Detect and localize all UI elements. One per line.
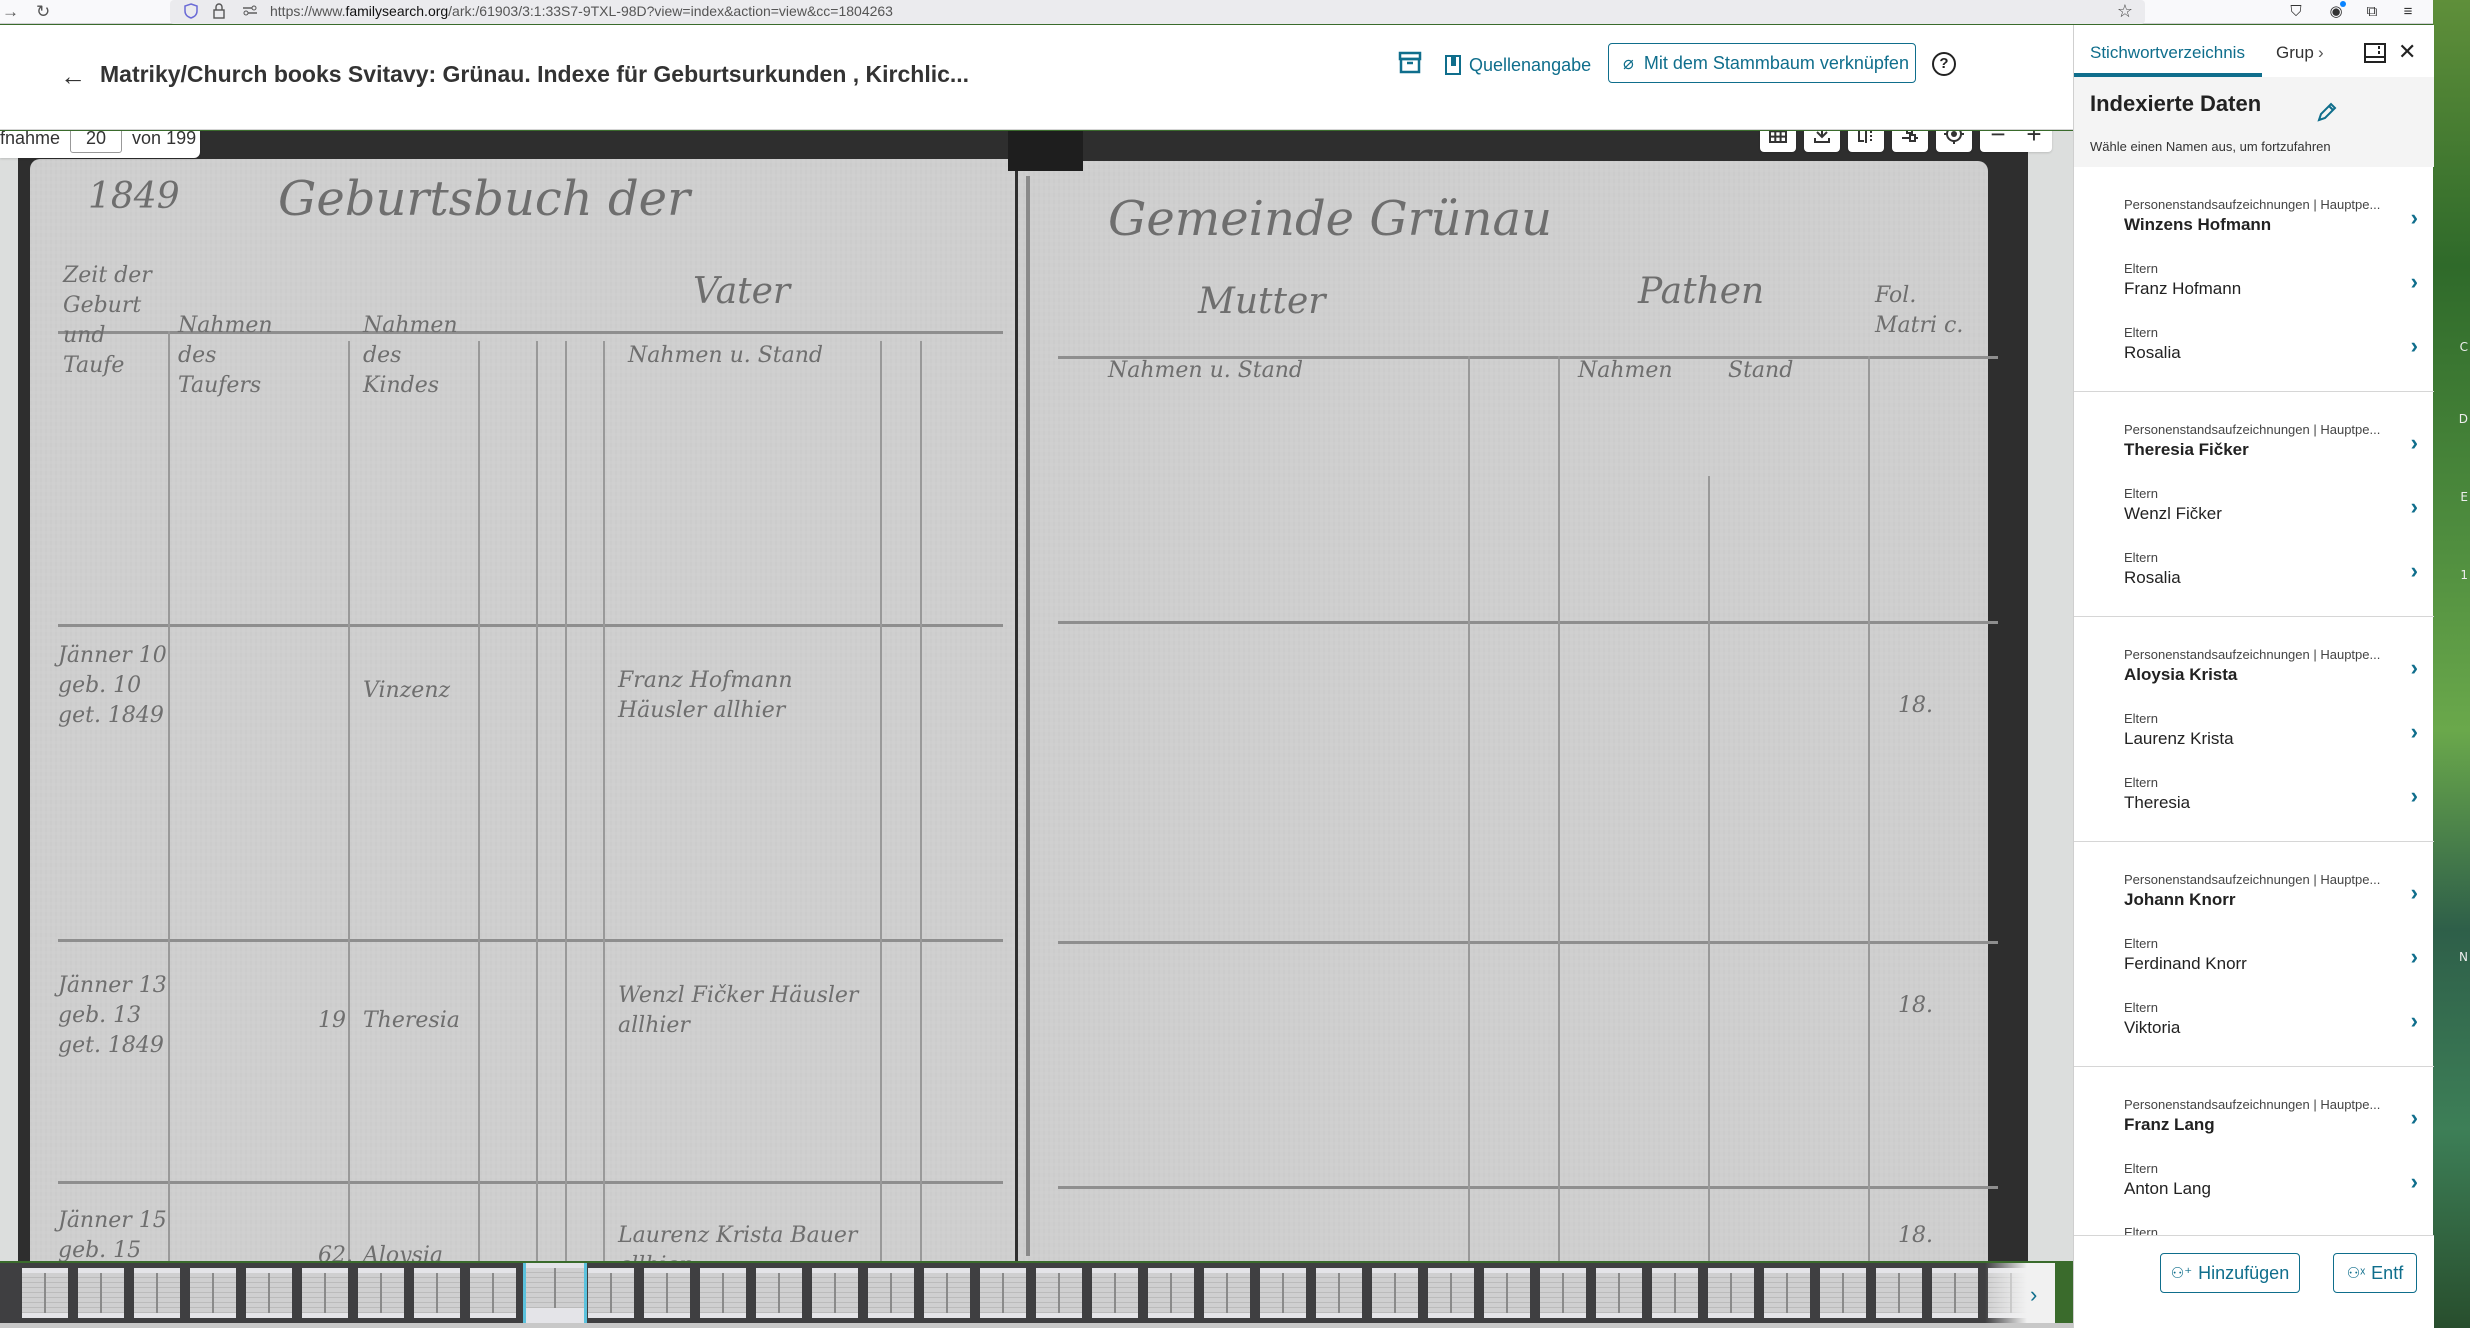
filmstrip-thumbnail[interactable]	[644, 1268, 690, 1318]
row-child: Theresia	[363, 1006, 460, 1036]
image-label: fnahme	[0, 131, 60, 149]
page-title: Matriky/Church books Svitavy: Grünau. In…	[100, 61, 969, 88]
permissions-icon[interactable]	[242, 2, 258, 18]
book-spine	[1026, 176, 1030, 1256]
filmstrip-fade	[1985, 1263, 2055, 1323]
forward-icon[interactable]: →	[2, 1, 19, 23]
desktop-background: C D E 1 N	[2433, 0, 2470, 1328]
parent-name: Theresia	[2124, 793, 2190, 813]
add-person-icon: ⚇⁺	[2171, 1264, 2192, 1282]
handwritten-title-left: Geburtsbuch der	[278, 171, 690, 227]
filmstrip-thumbnail[interactable]	[1372, 1268, 1418, 1318]
image-total: von 199	[132, 131, 196, 149]
record-category: Personenstandsaufzeichnungen | Hauptpe..…	[2124, 872, 2380, 887]
ruled-line	[1058, 1186, 1998, 1189]
row-fol: 18.	[1898, 991, 1933, 1021]
thumbnail-image	[1652, 1273, 1698, 1313]
ruled-line	[1058, 621, 1998, 624]
thumbnail-image	[1260, 1273, 1306, 1313]
thumbnail-image	[414, 1273, 460, 1313]
panel-tabs: Stichwortverzeichnis Grup › ✕	[2074, 25, 2434, 77]
filmstrip-thumbnail[interactable]	[1148, 1268, 1194, 1318]
thumbnail-image	[1148, 1273, 1194, 1313]
parent-name: Rosalia	[2124, 343, 2181, 363]
chevron-right-icon: ›	[2411, 880, 2418, 906]
thumbnail-image	[1708, 1273, 1754, 1313]
ruled-column	[1468, 356, 1470, 1261]
ruled-line	[58, 939, 1003, 942]
filmstrip-thumbnail[interactable]	[812, 1268, 858, 1318]
browser-toolbar: → ↻ https://www.familysearch.org/ark:/61…	[0, 0, 2433, 24]
relationship-label: Eltern	[2124, 325, 2158, 340]
record-parent-row[interactable]: Eltern Laurenz Krista ›	[2124, 711, 2434, 771]
zoom-in-button[interactable]: +	[2026, 131, 2041, 150]
desktop-icon-label: D	[2459, 412, 2468, 426]
citation-button[interactable]: Quellenangabe	[1445, 52, 1591, 78]
thumbnail-image	[700, 1273, 746, 1313]
ruled-column	[348, 341, 350, 1261]
tab-scroll-right-icon[interactable]: ›	[2318, 43, 2324, 63]
principal-name: Aloysia Krista	[2124, 665, 2237, 685]
thumbnail-image	[1540, 1273, 1586, 1313]
filmstrip-thumbnail[interactable]	[980, 1268, 1026, 1318]
record-principal-row[interactable]: Personenstandsaufzeichnungen | Hauptpe..…	[2124, 422, 2434, 482]
thumbnail-image	[756, 1273, 802, 1313]
filmstrip-thumbnail[interactable]	[470, 1268, 516, 1318]
remove-person-button[interactable]: ⚇ˣ Entf	[2333, 1253, 2417, 1293]
grid-view-button[interactable]	[1760, 131, 1796, 152]
relationship-label: Eltern	[2124, 936, 2158, 951]
remove-person-icon: ⚇ˣ	[2347, 1264, 2365, 1282]
ruled-column	[1708, 476, 1710, 1261]
chevron-right-icon: ›	[2411, 333, 2418, 359]
parent-name: Rosalia	[2124, 568, 2181, 588]
record-parent-row[interactable]: Eltern Anton Lang ›	[2124, 1161, 2434, 1221]
thumbnail-image	[980, 1273, 1026, 1313]
extensions-icon[interactable]: ⧉	[2362, 2, 2382, 22]
column-header-pathen-stand: Stand	[1728, 356, 1793, 386]
row-father: Wenzl Fičker Häusler allhier	[618, 981, 868, 1041]
column-header-kind: Nahmen des Kindes	[363, 311, 473, 401]
address-bar[interactable]: https://www.familysearch.org/ark:/61903/…	[170, 0, 2145, 24]
record-parent-row[interactable]: Eltern Viktoria ›	[2124, 1225, 2434, 1235]
record-parent-row[interactable]: Eltern Rosalia ›	[2124, 550, 2434, 610]
relationship-label: Eltern	[2124, 711, 2158, 726]
record-category: Personenstandsaufzeichnungen | Hauptpe..…	[2124, 1097, 2380, 1112]
filmstrip-thumbnail[interactable]	[1428, 1268, 1474, 1318]
filmstrip-bottom-border	[0, 1323, 2073, 1328]
thumbnail-image	[1372, 1273, 1418, 1313]
thumbnail-image	[78, 1273, 124, 1313]
download-button[interactable]	[1804, 131, 1840, 152]
chevron-right-icon: ›	[2411, 1105, 2418, 1131]
filmstrip-thumbnail[interactable]	[1316, 1268, 1362, 1318]
relationship-label: Eltern	[2124, 550, 2158, 565]
record-parent-row[interactable]: Eltern Ferdinand Knorr ›	[2124, 936, 2434, 996]
filmstrip-thumbnail[interactable]	[1876, 1268, 1922, 1318]
add-label: Hinzufügen	[2198, 1263, 2289, 1284]
parent-name: Wenzl Fičker	[2124, 504, 2222, 524]
thumbnail-image	[868, 1273, 914, 1313]
filmstrip-thumbnail[interactable]	[302, 1268, 348, 1318]
adjust-button[interactable]	[1892, 131, 1928, 152]
record-parent-row[interactable]: Eltern Theresia ›	[2124, 775, 2434, 835]
ruled-line	[1058, 941, 1998, 944]
book-gutter	[1008, 131, 1083, 171]
ruled-column	[565, 341, 567, 1261]
record-card: Personenstandsaufzeichnungen | Hauptpe..…	[2074, 167, 2434, 392]
chevron-right-icon: ›	[2411, 1169, 2418, 1195]
row-fol: 18.	[1898, 691, 1933, 721]
row-fol: 18.	[1898, 1221, 1933, 1251]
filmstrip-next-icon[interactable]: ›	[2030, 1282, 2037, 1308]
parent-name: Ferdinand Knorr	[2124, 954, 2247, 974]
thumbnail-image	[1820, 1273, 1866, 1313]
record-card: Personenstandsaufzeichnungen | Hauptpe..…	[2074, 1067, 2434, 1235]
panel-subtitle: Wähle einen Namen aus, um fortzufahren	[2090, 139, 2331, 154]
thumbnail-image	[644, 1273, 690, 1313]
attach-to-tree-button[interactable]: ⌀ Mit dem Stammbaum verknüpfen	[1608, 43, 1916, 83]
filmstrip-thumbnail[interactable]	[1540, 1268, 1586, 1318]
grid-icon	[1768, 131, 1788, 144]
column-header-taufer: Nahmen des Taufers	[178, 311, 278, 401]
close-icon[interactable]: ✕	[2398, 39, 2416, 65]
record-category: Personenstandsaufzeichnungen | Hauptpe..…	[2124, 647, 2380, 662]
thumbnail-image	[190, 1273, 236, 1313]
thumbnail-image	[526, 1268, 584, 1308]
row-father: Laurenz Krista Bauer allhier	[618, 1221, 868, 1261]
chevron-right-icon: ›	[2411, 494, 2418, 520]
thumbnail-image	[1764, 1273, 1810, 1313]
chevron-right-icon: ›	[2411, 1008, 2418, 1034]
panel-title: Indexierte Daten	[2090, 91, 2261, 117]
relationship-label: Eltern	[2124, 261, 2158, 276]
pocket-icon[interactable]: ⛉	[2286, 2, 2306, 22]
filmstrip-thumbnail[interactable]	[1484, 1268, 1530, 1318]
principal-name: Franz Lang	[2124, 1115, 2215, 1135]
filmstrip-thumbnail[interactable]	[414, 1268, 460, 1318]
column-header-zeit: Zeit der Geburt und Taufe	[63, 261, 163, 381]
row-date: Jänner 15 geb. 15 get. 1849	[58, 1206, 168, 1261]
screen: C D E 1 N → ↻ https://www.familysearch.o…	[0, 0, 2470, 1328]
principal-name: Theresia Fičker	[2124, 440, 2249, 460]
index-panel: Stichwortverzeichnis Grup › ✕ Indexierte…	[2073, 25, 2433, 1328]
tracking-shield-icon[interactable]	[184, 3, 198, 19]
compare-icon	[1856, 131, 1876, 144]
ruled-column	[880, 341, 882, 1261]
ruled-column	[478, 341, 480, 1261]
relationship-label: Eltern	[2124, 486, 2158, 501]
ruled-column	[603, 341, 605, 1261]
sliders-icon	[1900, 131, 1920, 144]
filmstrip-thumbnail[interactable]	[924, 1268, 970, 1318]
account-icon[interactable]: ◉	[2326, 2, 2346, 22]
thumbnail-image	[924, 1273, 970, 1313]
column-header-vater-sub: Nahmen u. Stand	[628, 341, 823, 371]
row-child: Vinzenz	[363, 676, 450, 706]
back-arrow-icon[interactable]: ←	[60, 63, 86, 89]
download-icon	[1812, 131, 1832, 144]
bookmark-star-icon[interactable]: ☆	[2117, 1, 2133, 22]
row-date: Jänner 10 geb. 10 get. 1849	[58, 641, 168, 731]
url-path: /ark:/61903/3:1:33S7-9TXL-98D?view=index…	[448, 3, 893, 19]
relationship-label: Eltern	[2124, 1000, 2158, 1015]
thumbnail-image	[470, 1273, 516, 1313]
thumbnail-image	[1484, 1273, 1530, 1313]
chevron-right-icon: ›	[2411, 558, 2418, 584]
parent-name: Anton Lang	[2124, 1179, 2211, 1199]
reload-icon[interactable]: ↻	[36, 1, 50, 23]
chevron-right-icon: ›	[2411, 269, 2418, 295]
filmstrip-thumbnail[interactable]	[1092, 1268, 1138, 1318]
desktop-icon-label: 1	[2460, 568, 2468, 582]
filmstrip-thumbnail[interactable]	[1260, 1268, 1306, 1318]
thumbnail-image	[588, 1273, 634, 1313]
remove-label: Entf	[2371, 1263, 2403, 1284]
filmstrip-thumbnail[interactable]	[1596, 1268, 1642, 1318]
image-toolbar: − +	[1760, 131, 2052, 152]
paperclip-icon: ⌀	[1623, 53, 1634, 74]
thumbnail-image	[358, 1273, 404, 1313]
filmstrip-thumbnail[interactable]	[1764, 1268, 1810, 1318]
filmstrip-thumbnail[interactable]	[756, 1268, 802, 1318]
row-date: Jänner 13 geb. 13 get. 1849	[58, 971, 168, 1061]
url-domain: familysearch.org	[345, 3, 448, 19]
app-header: ← Matriky/Church books Svitavy: Grünau. …	[0, 25, 2073, 130]
filmstrip-thumbnail[interactable]	[588, 1268, 634, 1318]
filmstrip-thumbnail[interactable]	[190, 1268, 236, 1318]
thumbnail-image	[134, 1273, 180, 1313]
ruled-column	[536, 341, 538, 1261]
image-viewer[interactable]: 1849 Geburtsbuch der Gemeinde Grünau Vat…	[0, 131, 2073, 1261]
record-card: Personenstandsaufzeichnungen | Hauptpe..…	[2074, 842, 2434, 1067]
desktop-icon-label: N	[2459, 950, 2468, 964]
column-header-pathen: Pathen	[1638, 271, 1764, 312]
row-house: 62.	[318, 1241, 353, 1261]
filmstrip-thumbnail[interactable]	[246, 1268, 292, 1318]
recenter-button[interactable]	[1936, 131, 1972, 152]
record-card: Personenstandsaufzeichnungen | Hauptpe..…	[2074, 617, 2434, 842]
filmstrip-thumbnail[interactable]	[1820, 1268, 1866, 1318]
record-image[interactable]: 1849 Geburtsbuch der Gemeinde Grünau Vat…	[18, 131, 2028, 1261]
record-parent-row[interactable]: Eltern Viktoria ›	[2124, 1000, 2434, 1060]
filmstrip-thumbnail[interactable]	[1708, 1268, 1754, 1318]
panel-layout-icon[interactable]	[2364, 43, 2386, 63]
target-icon	[1943, 131, 1965, 145]
menu-icon[interactable]: ≡	[2398, 2, 2418, 22]
filmstrip-thumbnail[interactable]	[1204, 1268, 1250, 1318]
chevron-right-icon: ›	[2411, 205, 2418, 231]
image-number-input[interactable]	[70, 131, 122, 153]
record-card: Personenstandsaufzeichnungen | Hauptpe..…	[2074, 392, 2434, 617]
handwritten-title-right: Gemeinde Grünau	[1108, 191, 1552, 247]
filmstrip-thumbnail[interactable]	[78, 1268, 124, 1318]
row-child: Aloysia	[363, 1241, 443, 1261]
desktop-icon-label: E	[2460, 490, 2468, 504]
principal-name: Winzens Hofmann	[2124, 215, 2271, 235]
chevron-right-icon: ›	[2411, 655, 2418, 681]
filmstrip-thumbnail[interactable]	[700, 1268, 746, 1318]
column-header-fol: Fol. Matri c.	[1875, 281, 1975, 341]
relationship-label: Eltern	[2124, 1225, 2158, 1235]
records-list[interactable]: Personenstandsaufzeichnungen | Hauptpe..…	[2074, 167, 2434, 1235]
filmstrip-thumbnail[interactable]	[358, 1268, 404, 1318]
thumbnail-image	[1092, 1273, 1138, 1313]
thumbnail-image	[1316, 1273, 1362, 1313]
record-parent-row[interactable]: Eltern Franz Hofmann ›	[2124, 261, 2434, 321]
thumbnail-image	[302, 1273, 348, 1313]
record-category: Personenstandsaufzeichnungen | Hauptpe..…	[2124, 422, 2380, 437]
chevron-right-icon: ›	[2411, 430, 2418, 456]
ruled-line	[58, 1181, 1003, 1184]
record-principal-row[interactable]: Personenstandsaufzeichnungen | Hauptpe..…	[2124, 872, 2434, 932]
record-principal-row[interactable]: Personenstandsaufzeichnungen | Hauptpe..…	[2124, 197, 2434, 257]
ruled-line	[58, 624, 1003, 627]
chevron-right-icon: ›	[2411, 783, 2418, 809]
ruled-column	[1558, 356, 1560, 1261]
tab-gruppen[interactable]: Grup	[2276, 43, 2314, 63]
panel-footer: ⚇⁺ Hinzufügen ⚇ˣ Entf	[2074, 1235, 2434, 1328]
ruled-column	[1868, 356, 1870, 1261]
filmstrip-thumbnail[interactable]	[1036, 1268, 1082, 1318]
filmstrip[interactable]	[0, 1263, 2055, 1323]
parent-name: Laurenz Krista	[2124, 729, 2234, 749]
parent-name: Viktoria	[2124, 1018, 2180, 1038]
handwritten-year: 1849	[88, 176, 180, 217]
add-person-button[interactable]: ⚇⁺ Hinzufügen	[2160, 1253, 2300, 1293]
record-principal-row[interactable]: Personenstandsaufzeichnungen | Hauptpe..…	[2124, 1097, 2434, 1157]
filmstrip-thumbnail[interactable]	[22, 1268, 68, 1318]
ruled-column	[920, 341, 922, 1261]
record-parent-row[interactable]: Eltern Rosalia ›	[2124, 325, 2434, 385]
column-header-vater: Vater	[693, 271, 790, 312]
image-counter: fnahme von 199	[0, 131, 200, 158]
filmstrip-thumbnail[interactable]	[134, 1268, 180, 1318]
bookmark-book-icon	[1445, 55, 1461, 75]
row-father: Franz Hofmann Häusler allhier	[618, 666, 868, 726]
lock-icon[interactable]	[212, 2, 226, 20]
column-header-mutter-sub: Nahmen u. Stand	[1108, 356, 1303, 386]
thumbnail-image	[22, 1273, 68, 1313]
filmstrip-thumbnail[interactable]	[1652, 1268, 1698, 1318]
record-category: Personenstandsaufzeichnungen | Hauptpe..…	[2124, 197, 2380, 212]
archive-box-icon[interactable]	[1398, 51, 1428, 77]
zoom-controls: − +	[1980, 131, 2052, 152]
desktop-icon-label: C	[2460, 340, 2468, 354]
filmstrip-thumbnail-active[interactable]	[526, 1263, 584, 1323]
attach-label: Mit dem Stammbaum verknüpfen	[1644, 53, 1909, 74]
panel-header: Indexierte Daten Wähle einen Namen aus, …	[2074, 77, 2434, 167]
principal-name: Johann Knorr	[2124, 890, 2235, 910]
tab-stichwortverzeichnis[interactable]: Stichwortverzeichnis	[2090, 43, 2245, 63]
thumbnail-image	[1428, 1273, 1474, 1313]
parent-name: Franz Hofmann	[2124, 279, 2241, 299]
relationship-label: Eltern	[2124, 775, 2158, 790]
row-house: 19	[318, 1006, 346, 1036]
pencil-icon[interactable]	[2316, 101, 2338, 123]
thumbnail-image	[1876, 1273, 1922, 1313]
notification-dot	[2340, 1, 2346, 7]
relationship-label: Eltern	[2124, 1161, 2158, 1176]
chevron-right-icon: ›	[2411, 719, 2418, 745]
filmstrip-thumbnail[interactable]	[868, 1268, 914, 1318]
url-prefix: https://www.	[270, 3, 345, 19]
citation-label: Quellenangabe	[1469, 55, 1591, 76]
column-header-mutter: Mutter	[1198, 281, 1326, 322]
thumbnail-image	[812, 1273, 858, 1313]
column-header-pathen-name: Nahmen	[1578, 356, 1673, 386]
ruled-column	[168, 331, 170, 1261]
record-parent-row[interactable]: Eltern Wenzl Fičker ›	[2124, 486, 2434, 546]
record-principal-row[interactable]: Personenstandsaufzeichnungen | Hauptpe..…	[2124, 647, 2434, 707]
chevron-right-icon: ›	[2411, 944, 2418, 970]
right-page	[1018, 161, 1988, 1261]
url-text[interactable]: https://www.familysearch.org/ark:/61903/…	[270, 3, 893, 19]
thumbnail-image	[1204, 1273, 1250, 1313]
compare-button[interactable]	[1848, 131, 1884, 152]
thumbnail-image	[1036, 1273, 1082, 1313]
thumbnail-image	[1596, 1273, 1642, 1313]
zoom-out-button[interactable]: −	[1990, 131, 2005, 150]
thumbnail-image	[246, 1273, 292, 1313]
thumbnail-image	[1932, 1273, 1978, 1313]
filmstrip-thumbnail[interactable]	[1932, 1268, 1978, 1318]
help-icon[interactable]: ?	[1932, 52, 1956, 76]
